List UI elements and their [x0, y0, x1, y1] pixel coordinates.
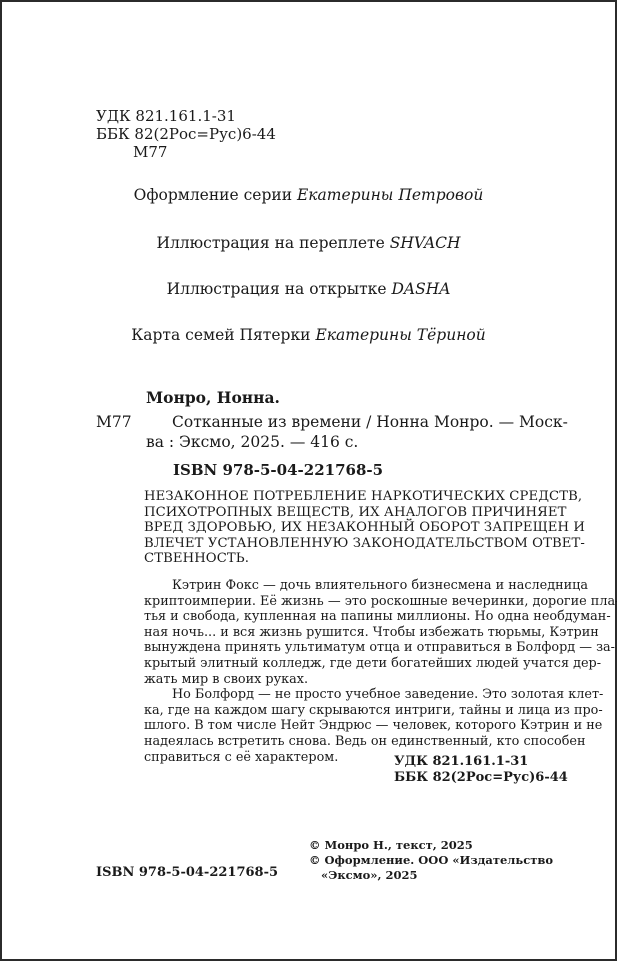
- author-mark: М77: [133, 143, 167, 161]
- credit-name: Екатерины Петровой: [297, 186, 483, 204]
- footer-udk-code: УДК 821.161.1-31: [394, 754, 528, 770]
- catalog-isbn: ISBN 978-5-04-221768-5: [173, 461, 383, 479]
- warning-line: НЕЗАКОННОЕ ПОТРЕБЛЕНИЕ НАРКОТИЧЕСКИХ СРЕ…: [144, 489, 550, 505]
- annotation-line: жать мир в своих руках.: [144, 672, 308, 687]
- warning-line: СТВЕННОСТЬ.: [144, 551, 249, 567]
- copyright-text: © Монро Н., текст, 2025: [309, 838, 473, 853]
- annotation-line: ка, где на каждом шагу скрываются интриг…: [144, 703, 550, 718]
- credit-family-map: Карта семей Пятерки Екатерины Тёриной: [2, 326, 615, 344]
- warning-line: ПСИХОТРОПНЫХ ВЕЩЕСТВ, ИХ АНАЛОГОВ ПРИЧИН…: [144, 505, 550, 521]
- catalog-author: Монро, Нонна.: [146, 389, 280, 407]
- credit-name: Екатерины Тёриной: [315, 326, 485, 344]
- credit-series-design: Оформление серии Екатерины Петровой: [2, 186, 615, 204]
- udk-code: УДК 821.161.1-31: [96, 107, 236, 125]
- credit-postcard-illustration: Иллюстрация на открытке DASHA: [2, 280, 615, 298]
- credit-label: Иллюстрация на открытке: [167, 280, 387, 298]
- annotation-line: тья и свобода, купленная на папины милли…: [144, 609, 550, 624]
- warning-line: ВРЕД ЗДОРОВЬЮ, ИХ НЕЗАКОННЫЙ ОБОРОТ ЗАПР…: [144, 520, 550, 536]
- annotation-line: криптоимперии. Её жизнь — это роскошные …: [144, 594, 550, 609]
- copyright-design: © Оформление. ООО «Издательство: [309, 853, 553, 868]
- credit-label: Оформление серии: [134, 186, 292, 204]
- copyright-page: УДК 821.161.1-31 ББК 82(2Рос=Рус)6-44 М7…: [2, 2, 615, 959]
- catalog-title-line: Сотканные из времени / Нонна Монро. — Мо…: [172, 413, 550, 431]
- copyright-publisher: «Эксмо», 2025: [321, 868, 418, 883]
- catalog-publisher-line: ва : Эксмо, 2025. — 416 с.: [146, 433, 358, 451]
- annotation-line: вынуждена принять ультиматум отца и отпр…: [144, 640, 550, 655]
- bbk-code: ББК 82(2Рос=Рус)6-44: [96, 125, 276, 143]
- credit-cover-illustration: Иллюстрация на переплете SHVACH: [2, 234, 615, 252]
- annotation-line: Но Болфорд — не просто учебное заведение…: [172, 687, 550, 702]
- warning-line: ВЛЕЧЕТ УСТАНОВЛЕННУЮ ЗАКОНОДАТЕЛЬСТВОМ О…: [144, 536, 550, 552]
- annotation-line: Кэтрин Фокс — дочь влиятельного бизнесме…: [172, 578, 550, 593]
- credit-label: Иллюстрация на переплете: [156, 234, 384, 252]
- annotation-line: надеялась встретить снова. Ведь он единс…: [144, 734, 550, 749]
- bottom-isbn: ISBN 978-5-04-221768-5: [96, 865, 278, 881]
- footer-bbk-code: ББК 82(2Рос=Рус)6-44: [394, 770, 568, 786]
- annotation-line: шлого. В том числе Нейт Эндрюс — человек…: [144, 718, 550, 733]
- catalog-author-mark: М77: [96, 413, 132, 431]
- credit-name: SHVACH: [390, 234, 461, 252]
- annotation-line: справиться с её характером.: [144, 750, 338, 765]
- annotation-line: ная ночь... и вся жизнь рушится. Чтобы и…: [144, 625, 550, 640]
- annotation-line: крытый элитный колледж, где дети богатей…: [144, 656, 550, 671]
- credit-label: Карта семей Пятерки: [131, 326, 310, 344]
- credit-name: DASHA: [391, 280, 450, 298]
